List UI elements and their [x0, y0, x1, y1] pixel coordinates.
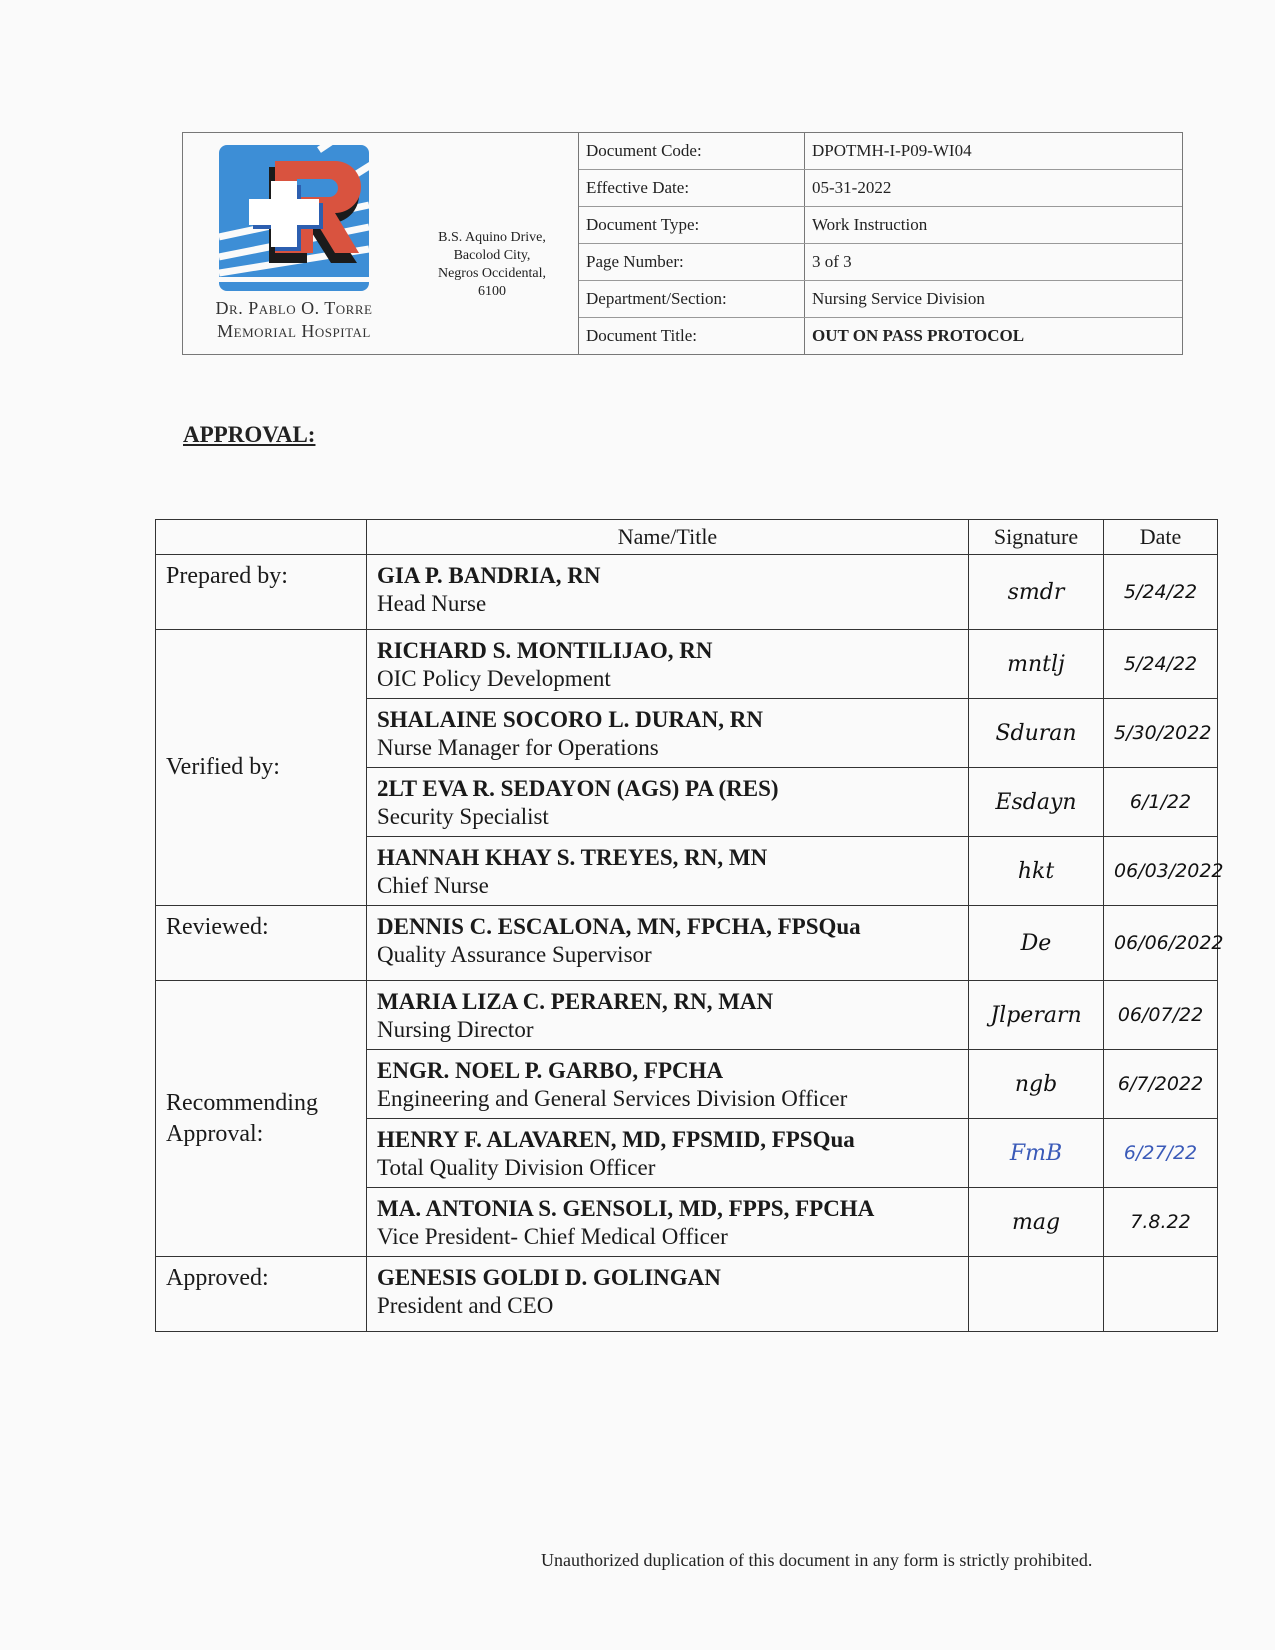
- document-meta-table: Document Code: DPOTMH-I-P09-WI04 Effecti…: [579, 133, 1182, 354]
- name-title-cell: GIA P. BANDRIA, RNHead Nurse: [367, 555, 969, 630]
- signature-cell: hkt: [969, 837, 1104, 906]
- name-title-cell: ENGR. NOEL P. GARBO, FPCHAEngineering an…: [367, 1050, 969, 1119]
- meta-row-document-code: Document Code: DPOTMH-I-P09-WI04: [579, 133, 1182, 170]
- person-name: SHALAINE SOCORO L. DURAN, RN: [377, 706, 958, 733]
- person-name: HENRY F. ALAVAREN, MD, FPSMID, FPSQua: [377, 1126, 958, 1153]
- address-line: 6100: [417, 283, 567, 301]
- person-title: Chief Nurse: [377, 871, 958, 901]
- person-name: GENESIS GOLDI D. GOLINGAN: [377, 1264, 958, 1291]
- person-title: Nurse Manager for Operations: [377, 733, 958, 763]
- person-title: Vice President- Chief Medical Officer: [377, 1222, 958, 1252]
- signed-date: 06/07/22: [1104, 981, 1218, 1050]
- meta-row-document-title: Document Title: OUT ON PASS PROTOCOL: [579, 318, 1182, 354]
- approval-row: Prepared by:GIA P. BANDRIA, RNHead Nurse…: [156, 555, 1218, 630]
- handwritten-signature: ngb: [1015, 1072, 1057, 1097]
- signed-date: 6/1/22: [1104, 768, 1218, 837]
- approval-role: Prepared by:: [156, 555, 367, 630]
- name-title-cell: 2LT EVA R. SEDAYON (AGS) PA (RES)Securit…: [367, 768, 969, 837]
- person-name: RICHARD S. MONTILIJAO, RN: [377, 637, 958, 664]
- column-header-role: [156, 520, 367, 555]
- name-title-cell: SHALAINE SOCORO L. DURAN, RNNurse Manage…: [367, 699, 969, 768]
- person-name: GIA P. BANDRIA, RN: [377, 562, 958, 589]
- signed-date: 06/03/2022: [1104, 837, 1218, 906]
- person-name: DENNIS C. ESCALONA, MN, FPCHA, FPSQua: [377, 913, 958, 940]
- handwritten-signature: smdr: [1008, 580, 1065, 605]
- signature-cell: ngb: [969, 1050, 1104, 1119]
- person-title: OIC Policy Development: [377, 664, 958, 694]
- signed-date: 5/24/22: [1104, 630, 1218, 699]
- handwritten-signature: Jlperarn: [990, 1003, 1081, 1028]
- handwritten-signature: mntlj: [1007, 652, 1065, 677]
- meta-label: Document Code:: [579, 133, 805, 169]
- meta-value: 05-31-2022: [805, 170, 1182, 206]
- meta-value: Nursing Service Division: [805, 281, 1182, 317]
- meta-label: Document Title:: [579, 318, 805, 354]
- approval-table: Name/Title Signature Date Prepared by:GI…: [155, 519, 1218, 1332]
- hospital-name-line1: Dr. Pablo O. Torre: [189, 297, 399, 320]
- meta-value: 3 of 3: [805, 244, 1182, 280]
- signature-cell: Jlperarn: [969, 981, 1104, 1050]
- approval-row: Verified by:RICHARD S. MONTILIJAO, RNOIC…: [156, 630, 1218, 699]
- person-name: MA. ANTONIA S. GENSOLI, MD, FPPS, FPCHA: [377, 1195, 958, 1222]
- meta-row-department: Department/Section: Nursing Service Divi…: [579, 281, 1182, 318]
- name-title-cell: RICHARD S. MONTILIJAO, RNOIC Policy Deve…: [367, 630, 969, 699]
- hospital-logo-icon: [219, 145, 371, 293]
- column-header-name-title: Name/Title: [367, 520, 969, 555]
- handwritten-signature: Sduran: [995, 721, 1076, 746]
- approval-role: Recommending Approval:: [156, 981, 367, 1257]
- approval-row: Approved:GENESIS GOLDI D. GOLINGANPresid…: [156, 1257, 1218, 1332]
- meta-row-page-number: Page Number: 3 of 3: [579, 244, 1182, 281]
- signed-date: 7.8.22: [1104, 1188, 1218, 1257]
- duplication-notice: Unauthorized duplication of this documen…: [541, 1550, 1092, 1571]
- person-title: Nursing Director: [377, 1015, 958, 1045]
- handwritten-signature: hkt: [1018, 859, 1054, 884]
- handwritten-signature: FmB: [1010, 1141, 1062, 1166]
- meta-value: Work Instruction: [805, 207, 1182, 243]
- approval-heading: APPROVAL:: [183, 422, 315, 448]
- signed-date: 6/27/22: [1104, 1119, 1218, 1188]
- signed-date: 6/7/2022: [1104, 1050, 1218, 1119]
- signature-cell: De: [969, 906, 1104, 981]
- name-title-cell: HANNAH KHAY S. TREYES, RN, MNChief Nurse: [367, 837, 969, 906]
- person-title: Quality Assurance Supervisor: [377, 940, 958, 970]
- meta-label: Document Type:: [579, 207, 805, 243]
- approval-role: Verified by:: [156, 630, 367, 906]
- person-title: Total Quality Division Officer: [377, 1153, 958, 1183]
- meta-value: DPOTMH-I-P09-WI04: [805, 133, 1182, 169]
- approval-role: Approved:: [156, 1257, 367, 1332]
- hospital-identity-cell: Dr. Pablo O. Torre Memorial Hospital B.S…: [183, 133, 579, 354]
- person-name: ENGR. NOEL P. GARBO, FPCHA: [377, 1057, 958, 1084]
- meta-label: Page Number:: [579, 244, 805, 280]
- signature-cell: [969, 1257, 1104, 1332]
- handwritten-signature: De: [1021, 931, 1052, 956]
- meta-row-effective-date: Effective Date: 05-31-2022: [579, 170, 1182, 207]
- person-name: MARIA LIZA C. PERAREN, RN, MAN: [377, 988, 958, 1015]
- hospital-name-line2: Memorial Hospital: [189, 320, 399, 343]
- approval-role: Reviewed:: [156, 906, 367, 981]
- name-title-cell: HENRY F. ALAVAREN, MD, FPSMID, FPSQuaTot…: [367, 1119, 969, 1188]
- approval-table-header: Name/Title Signature Date: [156, 520, 1218, 555]
- signature-cell: mntlj: [969, 630, 1104, 699]
- signed-date: 06/06/2022: [1104, 906, 1218, 981]
- hospital-name: Dr. Pablo O. Torre Memorial Hospital: [189, 297, 399, 343]
- handwritten-signature: mag: [1012, 1210, 1060, 1235]
- person-title: Engineering and General Services Divisio…: [377, 1084, 958, 1114]
- meta-label: Department/Section:: [579, 281, 805, 317]
- meta-row-document-type: Document Type: Work Instruction: [579, 207, 1182, 244]
- signature-cell: FmB: [969, 1119, 1104, 1188]
- document-header: Dr. Pablo O. Torre Memorial Hospital B.S…: [182, 132, 1183, 355]
- name-title-cell: MARIA LIZA C. PERAREN, RN, MANNursing Di…: [367, 981, 969, 1050]
- address-line: Negros Occidental,: [417, 265, 567, 283]
- person-title: Security Specialist: [377, 802, 958, 832]
- signed-date: 5/30/2022: [1104, 699, 1218, 768]
- meta-label: Effective Date:: [579, 170, 805, 206]
- name-title-cell: GENESIS GOLDI D. GOLINGANPresident and C…: [367, 1257, 969, 1332]
- column-header-signature: Signature: [969, 520, 1104, 555]
- approval-row: Recommending Approval:MARIA LIZA C. PERA…: [156, 981, 1218, 1050]
- person-name: HANNAH KHAY S. TREYES, RN, MN: [377, 844, 958, 871]
- address-line: Bacolod City,: [417, 247, 567, 265]
- signature-cell: smdr: [969, 555, 1104, 630]
- address-line: B.S. Aquino Drive,: [417, 229, 567, 247]
- person-title: Head Nurse: [377, 589, 958, 619]
- approval-row: Reviewed:DENNIS C. ESCALONA, MN, FPCHA, …: [156, 906, 1218, 981]
- handwritten-signature: Esdayn: [995, 790, 1076, 815]
- person-name: 2LT EVA R. SEDAYON (AGS) PA (RES): [377, 775, 958, 802]
- person-title: President and CEO: [377, 1291, 958, 1321]
- signature-cell: Esdayn: [969, 768, 1104, 837]
- name-title-cell: MA. ANTONIA S. GENSOLI, MD, FPPS, FPCHAV…: [367, 1188, 969, 1257]
- document-title: OUT ON PASS PROTOCOL: [805, 318, 1182, 354]
- hospital-address: B.S. Aquino Drive, Bacolod City, Negros …: [417, 229, 567, 301]
- signed-date: [1104, 1257, 1218, 1332]
- column-header-date: Date: [1104, 520, 1218, 555]
- signature-cell: mag: [969, 1188, 1104, 1257]
- name-title-cell: DENNIS C. ESCALONA, MN, FPCHA, FPSQuaQua…: [367, 906, 969, 981]
- signature-cell: Sduran: [969, 699, 1104, 768]
- signed-date: 5/24/22: [1104, 555, 1218, 630]
